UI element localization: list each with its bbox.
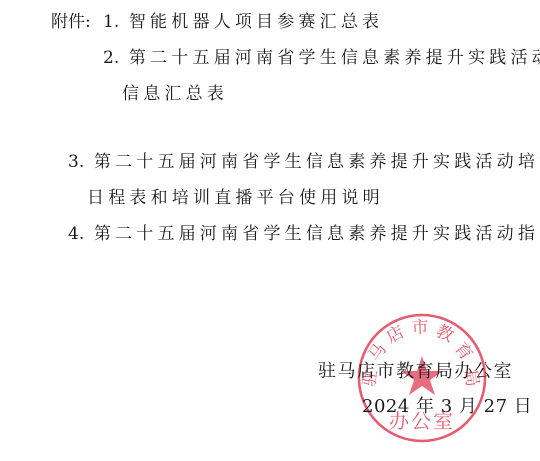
attachments-label-text: 附件: bbox=[51, 12, 91, 32]
attachment-number: 2. bbox=[103, 48, 119, 68]
seal-char: 教 bbox=[433, 321, 457, 346]
attachment-number: 1. bbox=[103, 12, 119, 32]
seal-char: 市 bbox=[411, 318, 429, 339]
attachment-title: 智能机器人项目参赛汇总表 bbox=[129, 12, 383, 32]
attachment-title-continuation: 信息汇总表 bbox=[122, 84, 228, 104]
attachment-item-2-continuation: 信息汇总表 bbox=[122, 84, 228, 104]
signature-organization: 驻马店市教育局办公室 bbox=[318, 362, 513, 382]
attachment-title-continuation: 日程表和培训直播平台使用说明 bbox=[87, 188, 384, 208]
attachment-item-3: 3. 第二十五届河南省学生信息素养提升实践活动培训 bbox=[68, 152, 540, 172]
attachment-number: 3. bbox=[68, 152, 84, 172]
attachment-title: 第二十五届河南省学生信息素养提升实践活动 bbox=[129, 48, 540, 68]
attachment-title: 第二十五届河南省学生信息素养提升实践活动指南 bbox=[94, 224, 540, 244]
seal-char: 店 bbox=[383, 322, 407, 348]
signature-date: 2024 年 3 月 27 日 bbox=[362, 397, 532, 417]
attachment-item-3-continuation: 日程表和培训直播平台使用说明 bbox=[87, 188, 384, 208]
attachment-label: 附件: bbox=[51, 12, 91, 32]
attachment-item-2: 2. 第二十五届河南省学生信息素养提升实践活动 bbox=[103, 48, 540, 68]
attachment-item-4: 4. 第二十五届河南省学生信息素养提升实践活动指南 bbox=[68, 224, 540, 244]
attachment-item-1: 1. 智能机器人项目参赛汇总表 bbox=[103, 12, 383, 32]
attachment-title: 第二十五届河南省学生信息素养提升实践活动培训 bbox=[94, 152, 540, 172]
attachment-number: 4. bbox=[68, 224, 84, 244]
